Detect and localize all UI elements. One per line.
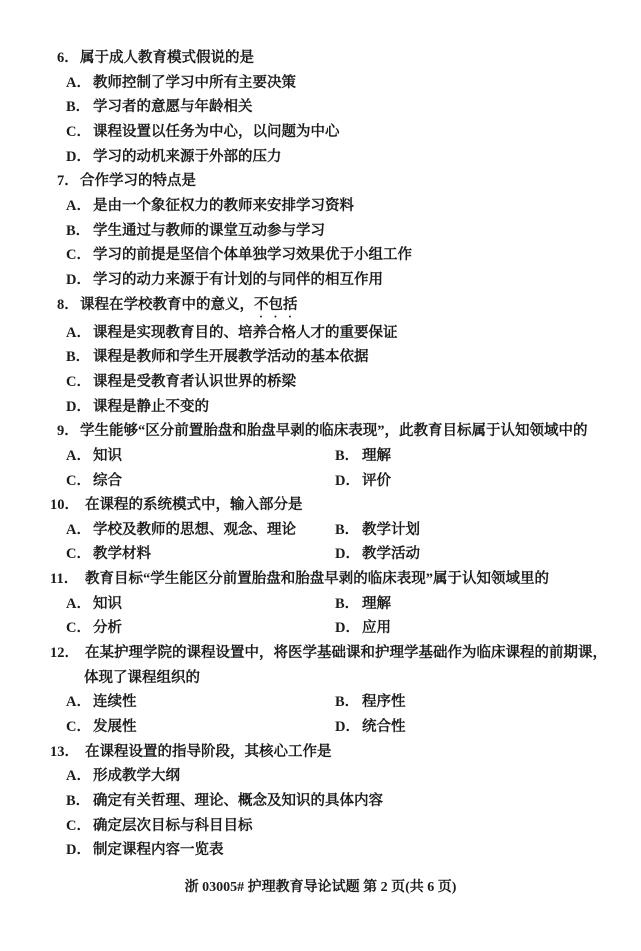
- option-7-c: C．学习的前提是坚信个体单独学习效果优于小组工作: [0, 243, 641, 268]
- question-number: 13．: [50, 740, 85, 765]
- question-block-10: 10．在课程的系统模式中，输入部分是 A．学校及教师的思想、观念、理论B．教学计…: [0, 493, 641, 567]
- option-text: 课程是实现教育目的、培养合格人才的重要保证: [93, 325, 398, 341]
- option-label: A．: [66, 444, 93, 469]
- option-label: D．: [66, 145, 93, 170]
- option-6-b: B．学习者的意愿与年龄相关: [0, 95, 641, 120]
- option-label: C．: [66, 715, 93, 740]
- option-label: A．: [66, 764, 93, 789]
- question-text: 在课程设置的指导阶段，其核心工作是: [85, 744, 332, 760]
- option-label: C．: [66, 243, 93, 268]
- option-label: B．: [66, 219, 93, 244]
- option-13-b: B．确定有关哲理、理论、概念及知识的具体内容: [0, 789, 641, 814]
- question-13-stem: 13．在课程设置的指导阶段，其核心工作是: [0, 740, 641, 765]
- option-text: 教师控制了学习中所有主要决策: [93, 75, 296, 91]
- question-text: 在某护理学院的课程设置中，将医学基础课和护理学基础作为临床课程的前期课，: [85, 645, 607, 661]
- option-12-c: C．发展性: [66, 715, 335, 740]
- option-row-11-ab: A．知识B．理解: [0, 592, 641, 617]
- question-text-line2: 体现了课程组织的: [84, 670, 200, 686]
- option-12-b: B．程序性: [335, 690, 406, 715]
- option-label: C．: [66, 469, 93, 494]
- page-footer: 浙 03005# 护理教育导论试题 第 2 页(共 6 页): [0, 876, 641, 900]
- option-11-c: C．分析: [66, 616, 335, 641]
- question-number: 11．: [50, 567, 85, 592]
- option-text: 教学计划: [362, 522, 420, 538]
- option-row-12-cd: C．发展性D．统合性: [0, 715, 641, 740]
- option-9-a: A．知识: [66, 444, 335, 469]
- option-8-c: C．课程是受教育者认识世界的桥梁: [0, 370, 641, 395]
- option-row-10-ab: A．学校及教师的思想、观念、理论B．教学计划: [0, 518, 641, 543]
- option-label: C．: [66, 370, 93, 395]
- option-text: 统合性: [362, 719, 406, 735]
- question-text: 在课程的系统模式中，输入部分是: [85, 497, 303, 513]
- option-text: 学习的动机来源于外部的压力: [93, 149, 282, 165]
- option-text: 知识: [93, 448, 122, 464]
- option-text: 课程是受教育者认识世界的桥梁: [93, 374, 296, 390]
- option-text: 学校及教师的思想、观念、理论: [93, 522, 296, 538]
- option-text: 学习者的意愿与年龄相关: [93, 99, 253, 115]
- option-label: B．: [66, 345, 93, 370]
- option-label: A．: [66, 518, 93, 543]
- option-row-11-cd: C．分析D．应用: [0, 616, 641, 641]
- option-text: 制定课程内容一览表: [93, 842, 224, 858]
- option-label: B．: [335, 592, 362, 617]
- option-label: B．: [335, 444, 362, 469]
- question-text: 属于成人教育模式假说的是: [80, 50, 254, 66]
- question-block-12: 12．在某护理学院的课程设置中，将医学基础课和护理学基础作为临床课程的前期课， …: [0, 641, 641, 740]
- option-13-d: D．制定课程内容一览表: [0, 838, 641, 863]
- option-text: 课程是静止不变的: [93, 399, 209, 415]
- option-12-a: A．连续性: [66, 690, 335, 715]
- option-label: D．: [335, 715, 362, 740]
- question-text: 教育目标“学生能区分前置胎盘和胎盘早剥的临床表现”属于认知领域里的: [85, 571, 549, 587]
- question-number: 6．: [57, 46, 80, 71]
- option-label: C．: [66, 814, 93, 839]
- option-text: 确定层次目标与科目目标: [93, 818, 253, 834]
- question-block-13: 13．在课程设置的指导阶段，其核心工作是 A．形成教学大纲 B．确定有关哲理、理…: [0, 740, 641, 863]
- option-text: 教学材料: [93, 546, 151, 562]
- option-10-c: C．教学材料: [66, 542, 335, 567]
- option-label: B．: [335, 518, 362, 543]
- question-12-stem-continued: 体现了课程组织的: [0, 666, 641, 691]
- question-number: 10．: [50, 493, 85, 518]
- question-number: 8．: [57, 293, 80, 318]
- option-label: C．: [66, 120, 93, 145]
- question-block-9: 9．学生能够“区分前置胎盘和胎盘早剥的临床表现”，此教育目标属于认知领域中的 A…: [0, 419, 641, 493]
- option-text: 理解: [362, 596, 391, 612]
- option-text: 学习的动力来源于有计划的与同伴的相互作用: [93, 272, 383, 288]
- option-text: 评价: [362, 473, 391, 489]
- option-label: D．: [66, 838, 93, 863]
- option-11-a: A．知识: [66, 592, 335, 617]
- option-text: 发展性: [93, 719, 137, 735]
- exam-page: 6．属于成人教育模式假说的是 A．教师控制了学习中所有主要决策 B．学习者的意愿…: [0, 0, 641, 951]
- option-8-a: A．课程是实现教育目的、培养合格人才的重要保证: [0, 321, 641, 346]
- question-block-11: 11．教育目标“学生能区分前置胎盘和胎盘早剥的临床表现”属于认知领域里的 A．知…: [0, 567, 641, 641]
- question-text-emphasized: 不包括: [254, 297, 298, 313]
- option-6-a: A．教师控制了学习中所有主要决策: [0, 71, 641, 96]
- question-12-stem: 12．在某护理学院的课程设置中，将医学基础课和护理学基础作为临床课程的前期课，: [0, 641, 641, 666]
- option-label: D．: [335, 542, 362, 567]
- option-label: C．: [66, 542, 93, 567]
- option-8-d: D．课程是静止不变的: [0, 395, 641, 420]
- option-label: D．: [66, 268, 93, 293]
- option-11-b: B．理解: [335, 592, 391, 617]
- option-text: 学习的前提是坚信个体单独学习效果优于小组工作: [93, 247, 412, 263]
- option-row-9-cd: C．综合D．评价: [0, 469, 641, 494]
- option-text: 连续性: [93, 694, 137, 710]
- option-text: 教学活动: [362, 546, 420, 562]
- question-block-7: 7．合作学习的特点是 A．是由一个象征权力的教师来安排学习资料 B．学生通过与教…: [0, 169, 641, 292]
- question-number: 7．: [57, 169, 80, 194]
- option-text: 程序性: [362, 694, 406, 710]
- option-label: D．: [66, 395, 93, 420]
- option-text: 学生通过与教师的课堂互动参与学习: [93, 223, 325, 239]
- question-10-stem: 10．在课程的系统模式中，输入部分是: [0, 493, 641, 518]
- option-label: B．: [335, 690, 362, 715]
- question-text: 合作学习的特点是: [80, 173, 196, 189]
- option-text: 确定有关哲理、理论、概念及知识的具体内容: [93, 793, 383, 809]
- question-block-8: 8．课程在学校教育中的意义，不包括 A．课程是实现教育目的、培养合格人才的重要保…: [0, 293, 641, 420]
- option-9-b: B．理解: [335, 444, 391, 469]
- option-label: A．: [66, 321, 93, 346]
- question-8-stem: 8．课程在学校教育中的意义，不包括: [0, 293, 641, 321]
- option-row-10-cd: C．教学材料D．教学活动: [0, 542, 641, 567]
- question-text: 课程在学校教育中的意义，: [80, 297, 254, 313]
- option-text: 知识: [93, 596, 122, 612]
- option-11-d: D．应用: [335, 616, 391, 641]
- option-text: 分析: [93, 620, 122, 636]
- question-block-6: 6．属于成人教育模式假说的是 A．教师控制了学习中所有主要决策 B．学习者的意愿…: [0, 46, 641, 169]
- option-10-b: B．教学计划: [335, 518, 420, 543]
- question-11-stem: 11．教育目标“学生能区分前置胎盘和胎盘早剥的临床表现”属于认知领域里的: [0, 567, 641, 592]
- option-text: 应用: [362, 620, 391, 636]
- option-row-12-ab: A．连续性B．程序性: [0, 690, 641, 715]
- option-7-b: B．学生通过与教师的课堂互动参与学习: [0, 219, 641, 244]
- question-7-stem: 7．合作学习的特点是: [0, 169, 641, 194]
- question-text: 学生能够“区分前置胎盘和胎盘早剥的临床表现”，此教育目标属于认知领域中的: [80, 423, 588, 439]
- option-10-a: A．学校及教师的思想、观念、理论: [66, 518, 335, 543]
- option-label: D．: [335, 616, 362, 641]
- option-label: B．: [66, 95, 93, 120]
- option-9-c: C．综合: [66, 469, 335, 494]
- option-label: A．: [66, 194, 93, 219]
- option-label: B．: [66, 789, 93, 814]
- option-row-9-ab: A．知识B．理解: [0, 444, 641, 469]
- question-9-stem: 9．学生能够“区分前置胎盘和胎盘早剥的临床表现”，此教育目标属于认知领域中的: [0, 419, 641, 444]
- option-7-a: A．是由一个象征权力的教师来安排学习资料: [0, 194, 641, 219]
- option-13-a: A．形成教学大纲: [0, 764, 641, 789]
- question-number: 9．: [57, 419, 80, 444]
- option-9-d: D．评价: [335, 469, 391, 494]
- option-label: A．: [66, 690, 93, 715]
- option-text: 综合: [93, 473, 122, 489]
- option-label: A．: [66, 71, 93, 96]
- option-7-d: D．学习的动力来源于有计划的与同伴的相互作用: [0, 268, 641, 293]
- option-text: 课程设置以任务为中心，以问题为中心: [93, 124, 340, 140]
- option-text: 理解: [362, 448, 391, 464]
- option-text: 形成教学大纲: [93, 768, 180, 784]
- option-6-c: C．课程设置以任务为中心，以问题为中心: [0, 120, 641, 145]
- option-10-d: D．教学活动: [335, 542, 420, 567]
- question-6-stem: 6．属于成人教育模式假说的是: [0, 46, 641, 71]
- option-label: D．: [335, 469, 362, 494]
- option-text: 课程是教师和学生开展教学活动的基本依据: [93, 349, 369, 365]
- option-6-d: D．学习的动机来源于外部的压力: [0, 145, 641, 170]
- option-label: A．: [66, 592, 93, 617]
- option-label: C．: [66, 616, 93, 641]
- option-8-b: B．课程是教师和学生开展教学活动的基本依据: [0, 345, 641, 370]
- option-13-c: C．确定层次目标与科目目标: [0, 814, 641, 839]
- option-12-d: D．统合性: [335, 715, 406, 740]
- question-number: 12．: [50, 641, 85, 666]
- option-text: 是由一个象征权力的教师来安排学习资料: [93, 198, 354, 214]
